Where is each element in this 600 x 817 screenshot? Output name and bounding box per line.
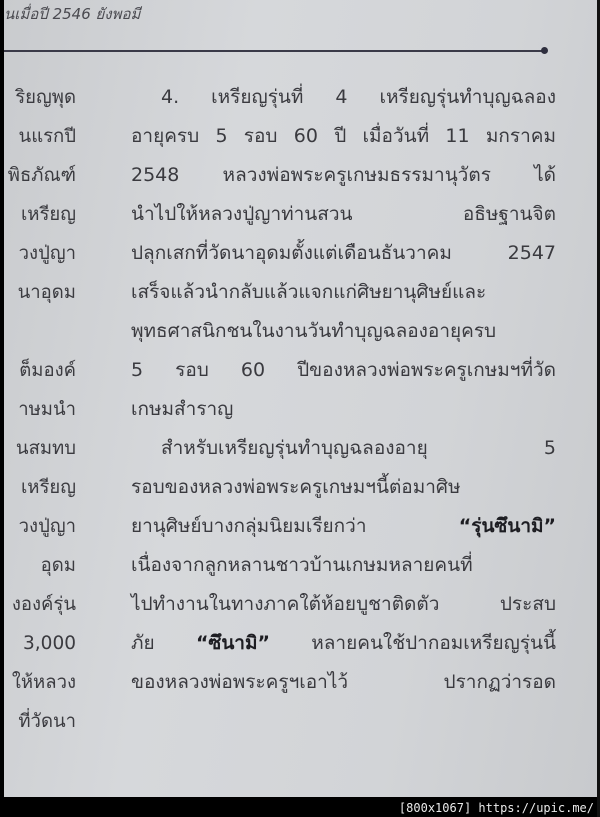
left-line: าษมนำ — [4, 390, 76, 429]
paragraph-line-with-quote: ภัย “ซึนามิ” หลายคนใช้ปากอมเหรียญรุ่นนี้ — [131, 624, 556, 663]
line-text: หลายคนใช้ปากอมเหรียญรุ่นนี้ — [311, 632, 556, 654]
main-column: 4. เหรียญรุ่นที่ 4 เหรียญรุ่นทำบุญฉลอง อ… — [131, 78, 556, 702]
paragraph-line: เกษมสำราญ — [131, 390, 556, 429]
paragraph-line: 2548 หลวงพ่อพระครูเกษมธรรมานุวัตร ได้ — [131, 156, 556, 195]
left-line: ที่วัดนา — [4, 702, 76, 741]
paragraph-line: ไปทำงานในทางภาคใต้ห้อยบูชาติดตัว ประสบ — [131, 585, 556, 624]
left-line: 3,000 — [4, 624, 76, 663]
left-line: งองค์รุ่น — [4, 585, 76, 624]
left-line: นแรกปี — [4, 117, 76, 156]
left-line: อุดม — [4, 546, 76, 585]
paragraph-line: เนื่องจากลูกหลานชาวบ้านเกษมหลายคนที่ — [131, 546, 556, 585]
paragraph-line: อายุครบ 5 รอบ 60 ปี เมื่อวันที่ 11 มกราค… — [131, 117, 556, 156]
left-line: พิธภัณฑ์ — [4, 156, 76, 195]
paragraph-line: ปลุกเสกที่วัดนาอุดมตั้งแต่เดือนธันวาคม 2… — [131, 234, 556, 273]
left-line — [4, 312, 76, 351]
left-line: ต็มองค์ — [4, 351, 76, 390]
left-line: ให้หลวง — [4, 663, 76, 702]
left-line: ริยญพุด — [4, 78, 76, 117]
quoted-term-tsunami: “ซึนามิ” — [196, 632, 270, 654]
paragraph-line: นำไปให้หลวงปู่ญาท่านสวน อธิษฐานจิต — [131, 195, 556, 234]
line-text: ยานุศิษย์บางกลุ่มนิยมเรียกว่า — [131, 515, 367, 537]
line-text: ภัย — [131, 632, 155, 654]
rule-end-dot — [541, 47, 548, 54]
paragraph-line: เสร็จแล้วนำกลับแล้วแจกแก่ศิษยานุศิษย์และ — [131, 273, 556, 312]
left-line: นสมทบ — [4, 429, 76, 468]
running-header: นเมื่อปี 2546 ยังพอมี — [4, 2, 140, 26]
paragraph-line: 4. เหรียญรุ่นที่ 4 เหรียญรุ่นทำบุญฉลอง — [131, 78, 556, 117]
left-line: วงปู่ญา — [4, 507, 76, 546]
left-line: นาอุดม — [4, 273, 76, 312]
left-line: วงปู่ญา — [4, 234, 76, 273]
paragraph-line: พุทธศาสนิกชนในงานวันทำบุญฉลองอายุครบ — [131, 312, 556, 351]
paragraph-line: รอบของหลวงพ่อพระครูเกษมฯนี้ต่อมาศิษ — [131, 468, 556, 507]
quoted-term-tsunami-generation: “รุ่นซึนามิ” — [459, 515, 556, 537]
image-host-watermark: [800x1067] https://upic.me/ — [399, 801, 594, 815]
paragraph-line: ของหลวงพ่อพระครูฯเอาไว้ ปรากฏว่ารอด — [131, 663, 556, 702]
paragraph-line: 5 รอบ 60 ปีของหลวงพ่อพระครูเกษมฯที่วัด — [131, 351, 556, 390]
left-line: เหรียญ — [4, 468, 76, 507]
paragraph-line: สำหรับเหรียญรุ่นทำบุญฉลองอายุ 5 — [131, 429, 556, 468]
left-line: เหรียญ — [4, 195, 76, 234]
book-page: นเมื่อปี 2546 ยังพอมี ริยญพุด นแรกปี พิธ… — [4, 0, 597, 797]
paragraph-line-with-quote: ยานุศิษย์บางกลุ่มนิยมเรียกว่า “รุ่นซึนาม… — [131, 507, 556, 546]
header-rule — [4, 50, 544, 52]
left-column-cropped: ริยญพุด นแรกปี พิธภัณฑ์ เหรียญ วงปู่ญา น… — [4, 78, 124, 741]
